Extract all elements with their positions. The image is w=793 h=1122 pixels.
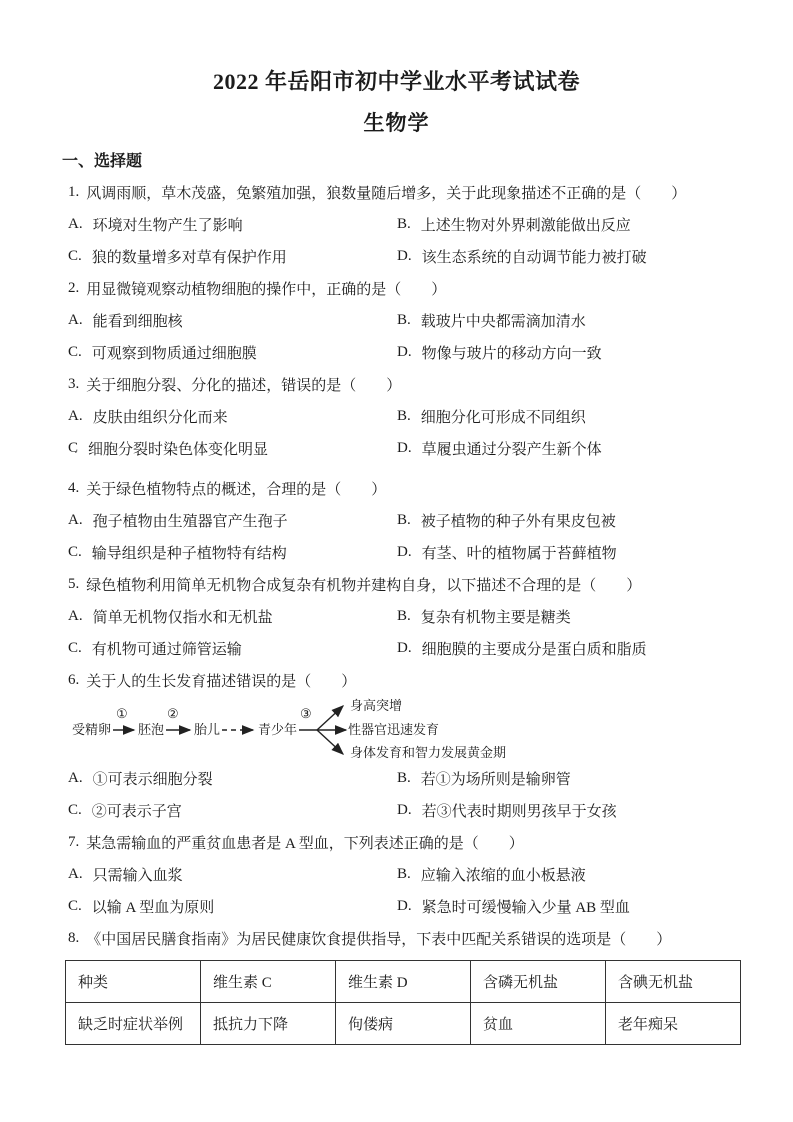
table-cell: 贫血 [471, 1003, 606, 1045]
option-b-text: 复杂有机物主要是糖类 [421, 606, 571, 627]
question-text: 关于细胞分裂、分化的描述，错误的是（ ） [86, 374, 401, 395]
question-text: 用显微镜观察动植物细胞的操作中，正确的是（ ） [86, 278, 446, 299]
question-2: 2. 用显微镜观察动植物细胞的操作中，正确的是（ ） A. 能看到细胞核 B. … [68, 272, 793, 368]
options-row-ab: A. 环境对生物产生了影响 B. 上述生物对外界刺激能做出反应 [68, 208, 793, 240]
option-a-label: A. [68, 866, 83, 883]
option-b-text: 应输入浓缩的血小板悬液 [421, 864, 586, 885]
stage-label-adolescent: 青少年 [258, 722, 297, 737]
option-a: A. 皮肤由组织分化而来 [68, 406, 397, 427]
option-a-label: A. [68, 312, 83, 329]
option-d-text: 物像与玻片的移动方向一致 [422, 342, 602, 363]
question-number: 3. [68, 376, 79, 393]
option-a-label: A. [68, 408, 83, 425]
options-row-ab: A. 只需输入血浆 B. 应输入浓缩的血小板悬液 [68, 858, 793, 890]
options-row-cd: C. 狼的数量增多对草有保护作用 D. 该生态系统的自动调节能力被打破 [68, 240, 793, 272]
option-b-label: B. [397, 408, 411, 425]
question-7: 7. 某急需输血的严重贫血患者是 A 型血，下列表述正确的是（ ） A. 只需输… [68, 826, 793, 922]
option-d-text: 有茎、叶的植物属于苔藓植物 [422, 542, 617, 563]
option-b: B. 载玻片中央都需滴加清水 [397, 310, 586, 331]
option-c-text: 输导组织是种子植物特有结构 [92, 542, 287, 563]
option-d-label: D. [397, 248, 412, 265]
stage-label-blastocyst: 胚泡 [138, 722, 164, 737]
option-d-label: D. [397, 344, 412, 361]
step-3-circled: ③ [300, 706, 312, 721]
option-d-text: 该生态系统的自动调节能力被打破 [422, 246, 647, 267]
option-d-text: 细胞膜的主要成分是蛋白质和脂质 [422, 638, 647, 659]
option-d-text: 紧急时可缓慢输入少量 AB 型血 [422, 896, 630, 917]
exam-paper-page: 2022 年岳阳市初中学业水平考试试卷 生物学 一、选择题 1. 风调雨顺，草木… [0, 0, 793, 1122]
option-a: A. 孢子植物由生殖器官产生孢子 [68, 510, 397, 531]
table-cell: 抵抗力下降 [201, 1003, 336, 1045]
options-row-ab: A. 能看到细胞核 B. 载玻片中央都需滴加清水 [68, 304, 793, 336]
question-4: 4. 关于绿色植物特点的概述，合理的是（ ） A. 孢子植物由生殖器官产生孢子 … [68, 472, 793, 568]
question-3: 3. 关于细胞分裂、分化的描述，错误的是（ ） A. 皮肤由组织分化而来 B. … [68, 368, 793, 464]
question-1: 1. 风调雨顺，草木茂盛，兔繁殖加强，狼数量随后增多，关于此现象描述不正确的是（… [68, 176, 793, 272]
option-a-text: 环境对生物产生了影响 [93, 214, 243, 235]
table-cell: 佝偻病 [336, 1003, 471, 1045]
option-d: D. 草履虫通过分裂产生新个体 [397, 438, 602, 459]
question-stem: 6. 关于人的生长发育描述错误的是（ ） [68, 664, 793, 696]
option-c-label: C. [68, 344, 82, 361]
option-b-label: B. [397, 512, 411, 529]
question-number: 8. [68, 930, 79, 947]
growth-development-diagram: 受精卵 ① 胚泡 ② 胎儿 青少年 ③ 身高突增 性器官迅速发育 身体发育和智力… [60, 694, 580, 762]
nutrient-deficiency-table: 种类 维生素 C 维生素 D 含磷无机盐 含碘无机盐 缺乏时症状举例 抵抗力下降… [65, 960, 741, 1045]
section-heading: 一、选择题 [62, 152, 793, 172]
option-c: C. 以输 A 型血为原则 [68, 896, 397, 917]
question-5: 5. 绿色植物利用简单无机物合成复杂有机物并建构自身，以下描述不合理的是（ ） … [68, 568, 793, 664]
question-text: 某急需输血的严重贫血患者是 A 型血，下列表述正确的是（ ） [86, 832, 524, 853]
option-b: B. 若①为场所则是输卵管 [397, 768, 571, 789]
option-a-text: 只需输入血浆 [93, 864, 183, 885]
option-c-label: C. [68, 898, 82, 915]
options-row-cd: C 细胞分裂时染色体变化明显 D. 草履虫通过分裂产生新个体 [68, 432, 793, 464]
question-stem: 5. 绿色植物利用简单无机物合成复杂有机物并建构自身，以下描述不合理的是（ ） [68, 568, 793, 600]
option-d-text: 草履虫通过分裂产生新个体 [422, 438, 602, 459]
option-b-label: B. [397, 608, 411, 625]
option-a-text: 简单无机物仅指水和无机盐 [93, 606, 273, 627]
questions-list: 1. 风调雨顺，草木茂盛，兔繁殖加强，狼数量随后增多，关于此现象描述不正确的是（… [68, 176, 793, 1045]
option-d: D. 该生态系统的自动调节能力被打破 [397, 246, 647, 267]
option-b-label: B. [397, 866, 411, 883]
option-c: C. ②可表示子宫 [68, 800, 397, 821]
option-a-label: A. [68, 216, 83, 233]
options-row-ab: A. 皮肤由组织分化而来 B. 细胞分化可形成不同组织 [68, 400, 793, 432]
table-row-kinds: 种类 维生素 C 维生素 D 含磷无机盐 含碘无机盐 [66, 961, 741, 1003]
question-number: 7. [68, 834, 79, 851]
stray-mark: · [74, 447, 78, 459]
options-row-ab: A. 简单无机物仅指水和无机盐 B. 复杂有机物主要是糖类 [68, 600, 793, 632]
question-text: 关于绿色植物特点的概述，合理的是（ ） [86, 478, 386, 499]
table-cell: 老年痴呆 [606, 1003, 741, 1045]
option-a: A. 环境对生物产生了影响 [68, 214, 397, 235]
question-stem: 1. 风调雨顺，草木茂盛，兔繁殖加强，狼数量随后增多，关于此现象描述不正确的是（… [68, 176, 793, 208]
question-8: 8. 《中国居民膳食指南》为居民健康饮食提供指导，下表中匹配关系错误的选项是（ … [68, 922, 793, 954]
option-c: C. 狼的数量增多对草有保护作用 [68, 246, 397, 267]
options-row-ab: A. ①可表示细胞分裂 B. 若①为场所则是输卵管 [68, 762, 793, 794]
question-text: 风调雨顺，草木茂盛，兔繁殖加强，狼数量随后增多，关于此现象描述不正确的是（ ） [86, 182, 686, 203]
question-text: 《中国居民膳食指南》为居民健康饮食提供指导，下表中匹配关系错误的选项是（ ） [86, 928, 671, 949]
option-a-label: A. [68, 770, 83, 787]
option-c-label: C. [68, 640, 82, 657]
option-c-text: 有机物可通过筛管运输 [92, 638, 242, 659]
question-text: 关于人的生长发育描述错误的是（ ） [86, 670, 356, 691]
stage-label-zygote: 受精卵 [72, 722, 111, 737]
option-c-label: C. [68, 544, 82, 561]
table-cell: 含碘无机盐 [606, 961, 741, 1003]
question-number: 1. [68, 184, 79, 201]
options-row-cd: C. ②可表示子宫 D. 若③代表时期则男孩早于女孩 [68, 794, 793, 826]
option-b-label: B. [397, 770, 411, 787]
question-number: 2. [68, 280, 79, 297]
question-number: 5. [68, 576, 79, 593]
step-1-circled: ① [116, 706, 128, 721]
option-d: D. 物像与玻片的移动方向一致 [397, 342, 602, 363]
option-d-label: D. [397, 898, 412, 915]
table-cell: 含磷无机盐 [471, 961, 606, 1003]
option-c-text: ②可表示子宫 [92, 800, 182, 821]
question-number: 4. [68, 480, 79, 497]
option-b-text: 若①为场所则是输卵管 [421, 768, 571, 789]
option-d: D. 细胞膜的主要成分是蛋白质和脂质 [397, 638, 647, 659]
table-cell: 种类 [66, 961, 201, 1003]
branch-arrow-bottom [317, 730, 343, 754]
questions-1-5: 1. 风调雨顺，草木茂盛，兔繁殖加强，狼数量随后增多，关于此现象描述不正确的是（… [68, 176, 793, 664]
option-b: B. 应输入浓缩的血小板悬液 [397, 864, 586, 885]
options-row-cd: C. 输导组织是种子植物特有结构 D. 有茎、叶的植物属于苔藓植物 [68, 536, 793, 568]
table-row-symptoms: 缺乏时症状举例 抵抗力下降 佝偻病 贫血 老年痴呆 [66, 1003, 741, 1045]
branch-label-golden-period: 身体发育和智力发展黄金期 [350, 745, 506, 760]
options-row-ab: A. 孢子植物由生殖器官产生孢子 B. 被子植物的种子外有果皮包被 [68, 504, 793, 536]
branch-label-organs: 性器官迅速发育 [348, 722, 439, 737]
subject-title: 生物学 [0, 111, 793, 135]
option-c-label: C. [68, 248, 82, 265]
option-b: B. 上述生物对外界刺激能做出反应 [397, 214, 631, 235]
option-d-label: D. [397, 440, 412, 457]
option-d: D. 若③代表时期则男孩早于女孩 [397, 800, 617, 821]
branch-label-height: 身高突增 [350, 698, 402, 713]
table-cell: 维生素 D [336, 961, 471, 1003]
options-row-cd: C. 有机物可通过筛管运输 D. 细胞膜的主要成分是蛋白质和脂质 [68, 632, 793, 664]
option-a-text: 孢子植物由生殖器官产生孢子 [93, 510, 288, 531]
page-title: 2022 年岳阳市初中学业水平考试试卷 [0, 0, 793, 94]
option-b: B. 细胞分化可形成不同组织 [397, 406, 586, 427]
option-b: B. 被子植物的种子外有果皮包被 [397, 510, 616, 531]
question-stem: 2. 用显微镜观察动植物细胞的操作中，正确的是（ ） [68, 272, 793, 304]
option-a-label: A. [68, 512, 83, 529]
option-c: C. 输导组织是种子植物特有结构 [68, 542, 397, 563]
option-a: A. 只需输入血浆 [68, 864, 397, 885]
question-text: 绿色植物利用简单无机物合成复杂有机物并建构自身，以下描述不合理的是（ ） [86, 574, 641, 595]
option-b-text: 载玻片中央都需滴加清水 [421, 310, 586, 331]
options-row-cd: C. 可观察到物质通过细胞膜 D. 物像与玻片的移动方向一致 [68, 336, 793, 368]
option-c-text: 可观察到物质通过细胞膜 [92, 342, 257, 363]
option-d-label: D. [397, 802, 412, 819]
stage-label-fetus: 胎儿 [194, 722, 220, 737]
step-2-circled: ② [167, 706, 179, 721]
option-c-text: 狼的数量增多对草有保护作用 [92, 246, 287, 267]
branch-arrow-top [317, 706, 343, 730]
option-a: A. 能看到细胞核 [68, 310, 397, 331]
option-b: B. 复杂有机物主要是糖类 [397, 606, 571, 627]
question-stem: 3. 关于细胞分裂、分化的描述，错误的是（ ） [68, 368, 793, 400]
question-stem: 4. 关于绿色植物特点的概述，合理的是（ ） [68, 472, 793, 504]
option-c: C. 可观察到物质通过细胞膜 [68, 342, 397, 363]
option-d: D. 有茎、叶的植物属于苔藓植物 [397, 542, 617, 563]
option-a: A. 简单无机物仅指水和无机盐 [68, 606, 397, 627]
option-a-text: 皮肤由组织分化而来 [93, 406, 228, 427]
option-c-label: C. [68, 802, 82, 819]
option-a-label: A. [68, 608, 83, 625]
option-b-text: 上述生物对外界刺激能做出反应 [421, 214, 631, 235]
option-d-text: 若③代表时期则男孩早于女孩 [422, 800, 617, 821]
question-number: 6. [68, 672, 79, 689]
option-d: D. 紧急时可缓慢输入少量 AB 型血 [397, 896, 630, 917]
options-row-cd: C. 以输 A 型血为原则 D. 紧急时可缓慢输入少量 AB 型血 [68, 890, 793, 922]
option-b-text: 细胞分化可形成不同组织 [421, 406, 586, 427]
table-cell: 维生素 C [201, 961, 336, 1003]
option-c: C 细胞分裂时染色体变化明显 [68, 438, 397, 459]
table-cell: 缺乏时症状举例 [66, 1003, 201, 1045]
questions-7-8: 7. 某急需输血的严重贫血患者是 A 型血，下列表述正确的是（ ） A. 只需输… [68, 826, 793, 954]
option-b-label: B. [397, 216, 411, 233]
question-stem: 8. 《中国居民膳食指南》为居民健康饮食提供指导，下表中匹配关系错误的选项是（ … [68, 922, 793, 954]
option-a-text: 能看到细胞核 [93, 310, 183, 331]
option-d-label: D. [397, 640, 412, 657]
option-a-text: ①可表示细胞分裂 [93, 768, 213, 789]
option-c: C. 有机物可通过筛管运输 [68, 638, 397, 659]
question-stem: 7. 某急需输血的严重贫血患者是 A 型血，下列表述正确的是（ ） [68, 826, 793, 858]
option-b-text: 被子植物的种子外有果皮包被 [421, 510, 616, 531]
option-c-text: 细胞分裂时染色体变化明显 [88, 438, 268, 459]
option-d-label: D. [397, 544, 412, 561]
question-6: 6. 关于人的生长发育描述错误的是（ ） 受精卵 ① 胚泡 ② 胎儿 青少年 ③ [68, 664, 793, 826]
option-b-label: B. [397, 312, 411, 329]
option-c-text: 以输 A 型血为原则 [92, 896, 215, 917]
option-a: A. ①可表示细胞分裂 [68, 768, 397, 789]
